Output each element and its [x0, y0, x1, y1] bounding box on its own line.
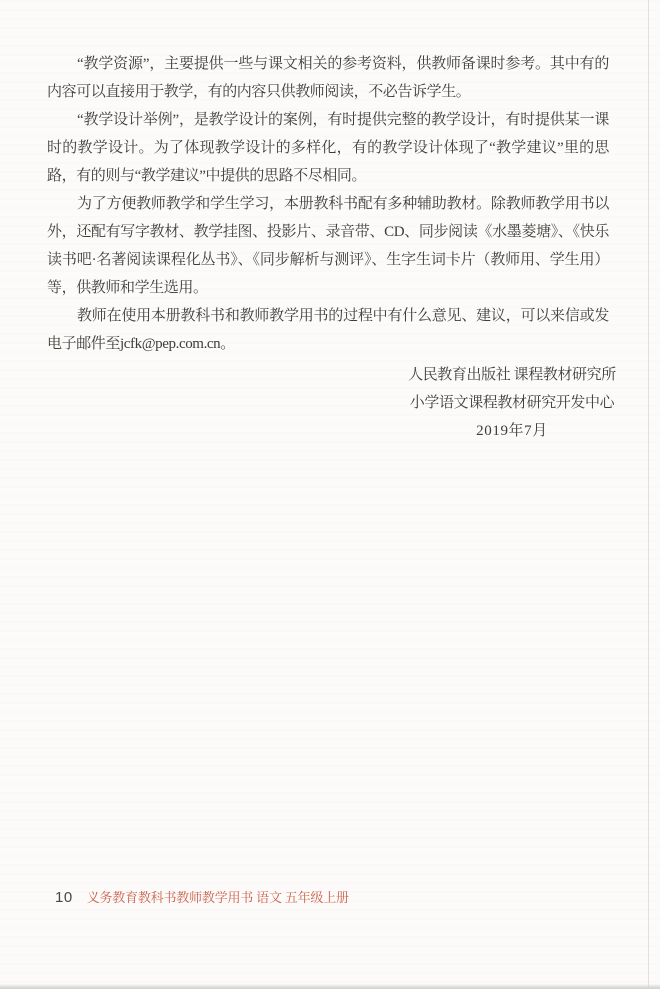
date-line: 2019年7月	[404, 417, 620, 445]
book-title: 义务教育教科书教师教学用书 语文 五年级上册	[87, 887, 349, 906]
scan-artifact-right-edge	[648, 0, 649, 989]
body-paragraph-auxiliary-materials: 为了方便教师教学和学生学习，本册教科书配有多种辅助教材。除教师教学用书以外，还配…	[47, 190, 609, 302]
research-center-line: 小学语文课程教材研究开发中心	[404, 389, 620, 417]
body-paragraph-teaching-resources: “教学资源”，主要提供一些与课文相关的参考资料，供教师备课时参考。其中有的内容可…	[47, 50, 609, 106]
scan-artifact-bottom-edge	[0, 984, 660, 989]
publisher-line: 人民教育出版社 课程教材研究所	[404, 361, 620, 389]
page-number: 10	[55, 889, 73, 906]
body-paragraph-teaching-design-examples: “教学设计举例”，是教学设计的案例，有时提供完整的教学设计，有时提供某一课时的教…	[47, 106, 609, 190]
page-footer: 10 义务教育教科书教师教学用书 语文 五年级上册	[55, 887, 349, 906]
body-text: “教学资源”，主要提供一些与课文相关的参考资料，供教师备课时参考。其中有的内容可…	[47, 50, 609, 358]
body-paragraph-feedback-contact: 教师在使用本册教科书和教师教学用书的过程中有什么意见、建议，可以来信或发电子邮件…	[47, 302, 609, 358]
signature-block: 人民教育出版社 课程教材研究所 小学语文课程教材研究开发中心 2019年7月	[404, 361, 620, 445]
document-page: “教学资源”，主要提供一些与课文相关的参考资料，供教师备课时参考。其中有的内容可…	[0, 0, 660, 989]
